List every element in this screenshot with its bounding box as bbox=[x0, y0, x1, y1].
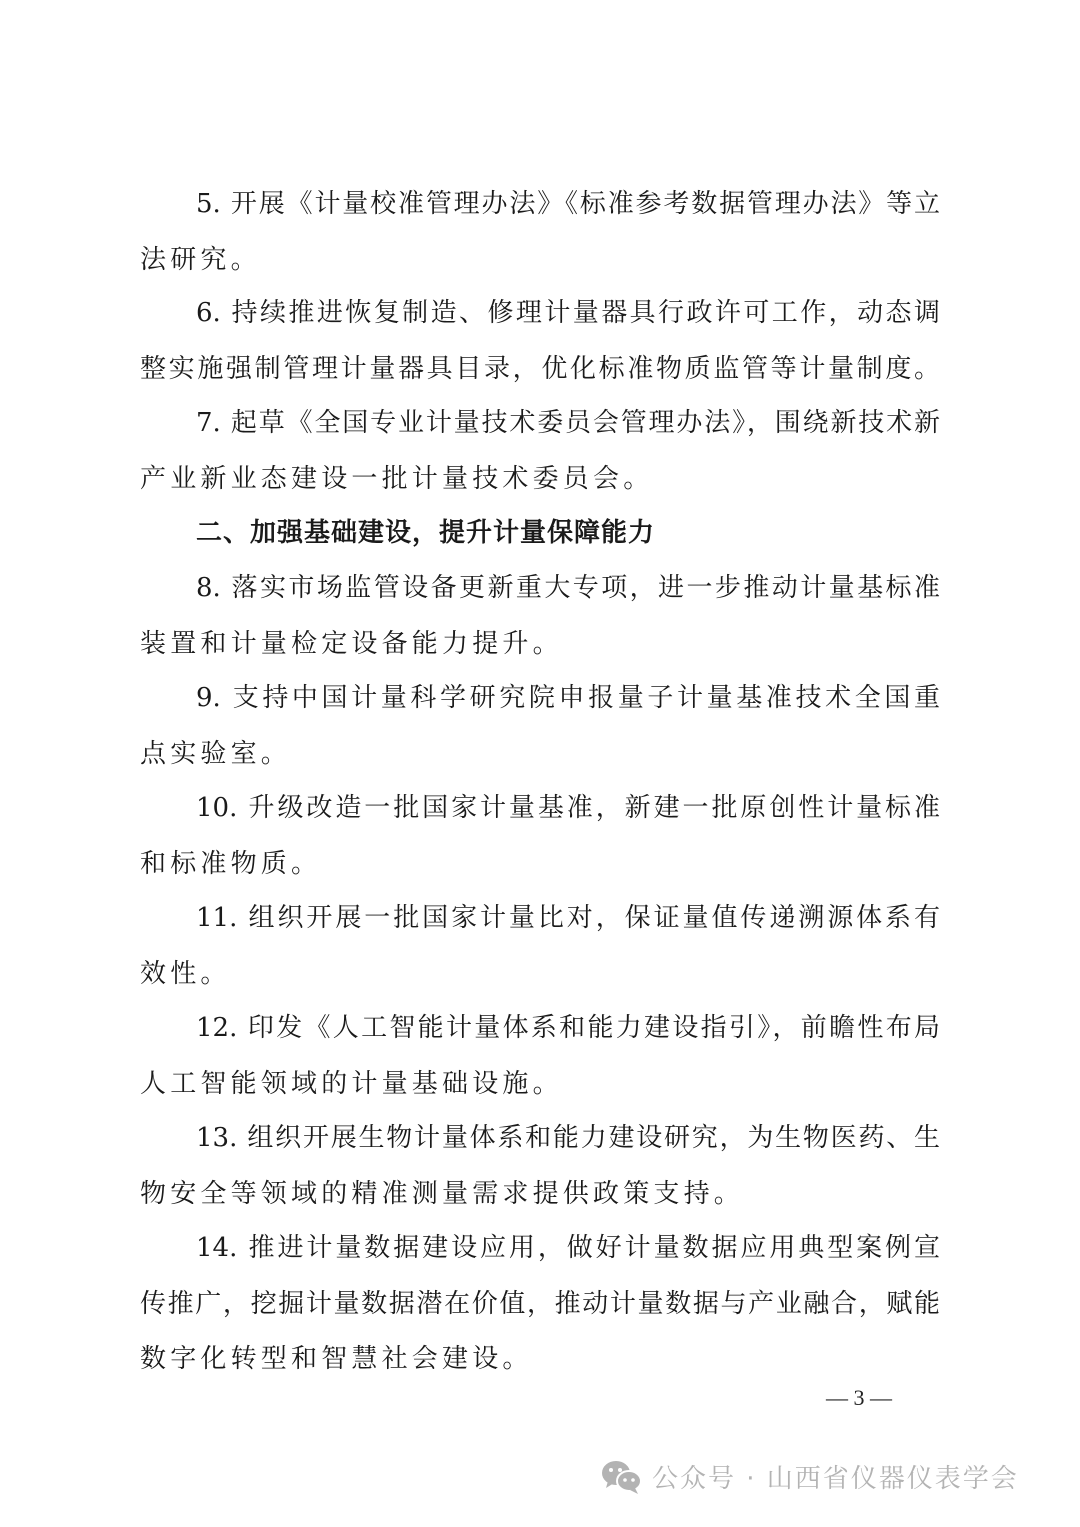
item-8-line-1: 8. 落实市场监管设备更新重大专项，进一步推动计量基标准 bbox=[196, 572, 940, 604]
item-9-line-2: 点实验室。 bbox=[140, 738, 940, 770]
item-10-line-2: 和标准物质。 bbox=[140, 848, 940, 880]
item-6-line-2: 整实施强制管理计量器具目录，优化标准物质监管等计量制度。 bbox=[140, 353, 940, 385]
section-heading: 二、加强基础建设，提升计量保障能力 bbox=[196, 517, 940, 549]
item-11-line-2: 效性。 bbox=[140, 958, 940, 990]
item-13-line-2: 物安全等领域的精准测量需求提供政策支持。 bbox=[140, 1178, 940, 1210]
wechat-watermark: 公众号 · 山西省仪器仪表学会 bbox=[600, 1458, 1019, 1495]
item-12-line-2: 人工智能领域的计量基础设施。 bbox=[140, 1068, 940, 1100]
item-12-line-1: 12. 印发《人工智能计量体系和能力建设指引》，前瞻性布局 bbox=[196, 1012, 940, 1044]
item-7-line-1: 7. 起草《全国专业计量技术委员会管理办法》，围绕新技术新 bbox=[196, 407, 940, 439]
item-14-line-2: 传推广，挖掘计量数据潜在价值，推动计量数据与产业融合，赋能 bbox=[140, 1288, 940, 1320]
item-5-line-1: 5. 开展《计量校准管理办法》《标准参考数据管理办法》等立 bbox=[196, 188, 940, 220]
wechat-icon bbox=[600, 1459, 644, 1495]
document-page: 5. 开展《计量校准管理办法》《标准参考数据管理办法》等立 法研究。 6. 持续… bbox=[0, 0, 1080, 1527]
item-8-line-2: 装置和计量检定设备能力提升。 bbox=[140, 628, 940, 660]
item-6-line-1: 6. 持续推进恢复制造、修理计量器具行政许可工作，动态调 bbox=[196, 297, 940, 329]
item-13-line-1: 13. 组织开展生物计量体系和能力建设研究，为生物医药、生 bbox=[196, 1122, 940, 1154]
item-5-line-2: 法研究。 bbox=[140, 244, 940, 276]
page-number: — 3 — bbox=[826, 1384, 892, 1412]
item-14-line-1: 14. 推进计量数据建设应用，做好计量数据应用典型案例宣 bbox=[196, 1232, 940, 1264]
item-7-line-2: 产业新业态建设一批计量技术委员会。 bbox=[140, 463, 940, 495]
item-10-line-1: 10. 升级改造一批国家计量基准，新建一批原创性计量标准 bbox=[196, 792, 940, 824]
item-11-line-1: 11. 组织开展一批国家计量比对，保证量值传递溯源体系有 bbox=[196, 902, 940, 934]
item-14-line-3: 数字化转型和智慧社会建设。 bbox=[140, 1343, 940, 1375]
watermark-text: 公众号 · 山西省仪器仪表学会 bbox=[652, 1458, 1019, 1495]
item-9-line-1: 9. 支持中国计量科学研究院申报量子计量基准技术全国重 bbox=[196, 682, 940, 714]
